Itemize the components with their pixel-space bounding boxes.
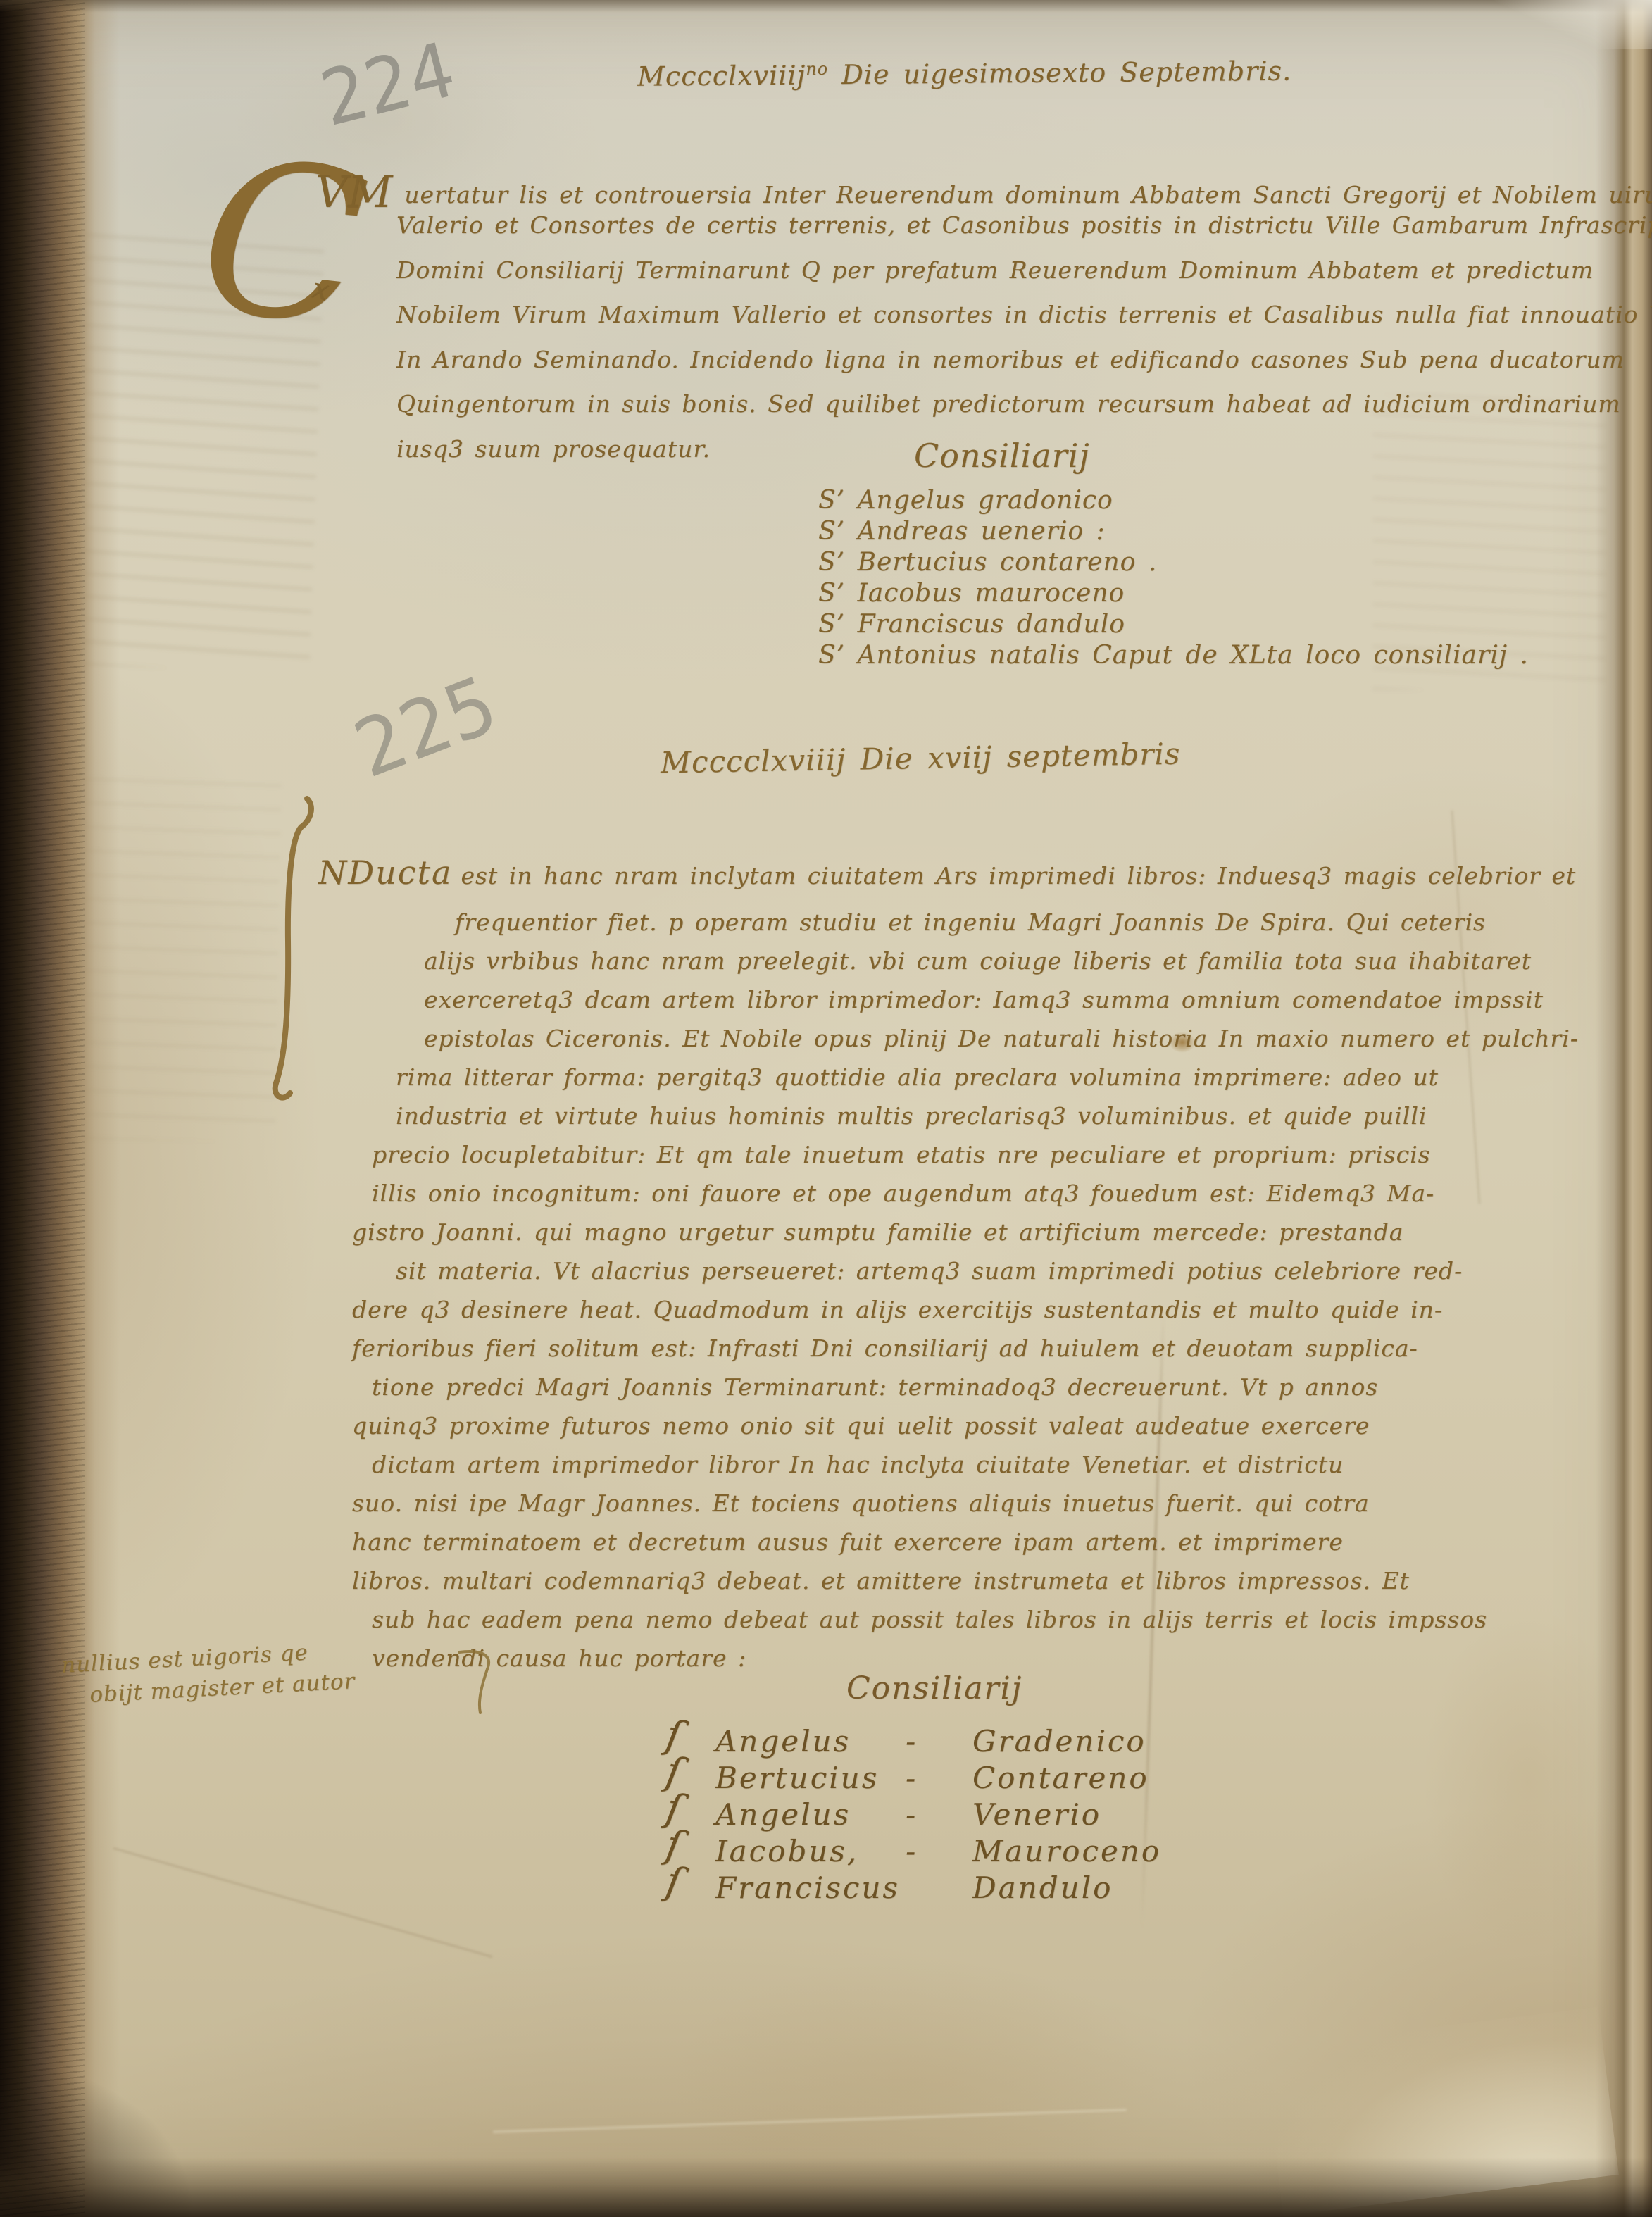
text-line: Nobilem Virum Maximum Vallerio et consor…	[396, 301, 1652, 346]
text-line: sub hac eadem pena nemo debeat aut possi…	[372, 1606, 1579, 1644]
entry2-date-year: Mcccclxviiij	[661, 742, 846, 780]
entry2-lead-word: NDucta	[318, 854, 452, 892]
manuscript-photo: 224 225 Mcccclxviiijno Die uigesimosexto…	[0, 0, 1652, 2217]
text-line: Quingentorum in suis bonis. Sed quilibet…	[396, 390, 1652, 435]
name-dash: -	[906, 1834, 972, 1868]
text-line: libros. multari codemnariq3 debeat. et a…	[352, 1567, 1579, 1606]
entry1-first-line-text: uertatur lis et controuersia Inter Reuer…	[404, 181, 1652, 208]
text-line: quinq3 proxime futuros nemo onio sit qui…	[352, 1412, 1579, 1451]
entry2-date-heading: Mcccclxviiij Die xviij septembris	[661, 737, 1181, 780]
parchment-page: 224 225 Mcccclxviiijno Die uigesimosexto…	[0, 0, 1652, 2217]
margin-note: nullius est uigoris qe obijt magister et…	[61, 1637, 356, 1709]
entry1-date-rest: Die uigesimosexto Septembris.	[841, 56, 1291, 91]
text-line: alijs vrbibus hanc nram preelegit. vbi c…	[424, 947, 1579, 986]
consiliarius-name: S’ Antonius natalis Caput de XLta loco c…	[818, 641, 1529, 672]
entry1-initial-follow: VM	[315, 166, 393, 218]
text-line: tione predci Magri Joannis Terminarunt: …	[372, 1373, 1579, 1412]
consiliarius-name: S’ Andreas uenerio :	[818, 517, 1529, 548]
parchment-stain	[669, 1958, 1162, 2211]
entry2-first-line-text: est in hanc nram inclytam ciuitatem Ars …	[461, 862, 1576, 889]
text-line: hanc terminatoem et decretum ausus fuit …	[352, 1528, 1579, 1567]
entry1-date-superscript: no	[806, 59, 828, 79]
verso-showthrough	[63, 773, 281, 1142]
text-line: illis onio incognitum: oni fauore et ope…	[372, 1180, 1579, 1218]
consiliarius-row: ſ Iacobus, - Mauroceno	[666, 1834, 1161, 1871]
consiliarius-forename: Angelus	[715, 1797, 906, 1832]
consiliarius-name: S’ Franciscus dandulo	[818, 610, 1529, 641]
folio-number-225: 225	[343, 659, 509, 796]
consiliarius-row: ſ Bertucius - Contareno	[666, 1761, 1161, 1797]
illuminated-initial-C: C	[192, 130, 375, 357]
entry1-first-line: VMuertatur lis et controuersia Inter Reu…	[315, 166, 1652, 218]
entry2-consiliarii-list: ſ Angelus - Gradenico ſ Bertucius - Cont…	[666, 1724, 1161, 1907]
text-line: suo. nisi ipe Magr Joannes. Et tociens q…	[352, 1490, 1579, 1528]
consiliarius-name: S’ Angelus gradonico	[818, 486, 1529, 517]
consiliarius-forename: Angelus	[715, 1724, 906, 1759]
consiliarius-name: S’ Bertucius contareno .	[818, 548, 1529, 579]
text-line: ferioribus fieri solitum est: Infrasti D…	[352, 1335, 1579, 1373]
consiliarius-forename: Franciscus	[715, 1871, 906, 1905]
text-line: Valerio et Consortes de certis terrenis,…	[396, 211, 1652, 256]
consiliarius-surname: Venerio	[972, 1797, 1101, 1832]
entry1-date-heading: Mcccclxviiijno Die uigesimosexto Septemb…	[637, 55, 1291, 92]
entry2-date-rest: Die xviij septembris	[860, 737, 1181, 777]
text-line: precio locupletabitur: Et qm tale inuetu…	[372, 1141, 1579, 1180]
consiliarius-name: S’ Iacobus mauroceno	[818, 579, 1529, 610]
entry1-consiliarii-heading: Consiliarij	[914, 437, 1090, 475]
parchment-crease	[493, 2109, 1127, 2132]
name-dash: -	[906, 1761, 972, 1795]
signum-mark: ſ	[664, 1866, 718, 1904]
text-line: dictam artem imprimedor libror In hac in…	[372, 1451, 1579, 1490]
consiliarius-forename: Iacobus,	[715, 1834, 906, 1868]
name-dash: -	[906, 1797, 972, 1832]
text-line: gistro Joanni. qui magno urgetur sumptu …	[352, 1218, 1579, 1257]
text-line: epistolas Ciceronis. Et Nobile opus plin…	[424, 1025, 1579, 1063]
text-line: sit materia. Vt alacrius perseueret: art…	[396, 1257, 1579, 1296]
consiliarius-surname: Gradenico	[972, 1724, 1146, 1759]
entry1-date-year: Mcccclxviiij	[637, 60, 806, 92]
consiliarius-forename: Bertucius	[715, 1761, 906, 1795]
entry2-consiliarii-heading: Consiliarij	[846, 1670, 1022, 1706]
margin-note-flourish	[456, 1648, 499, 1718]
consiliarius-row: ſ Angelus - Gradenico	[666, 1724, 1161, 1761]
entry2-first-line: NDuctaest in hanc nram inclytam ciuitate…	[318, 854, 1576, 892]
text-line: dere q3 desinere heat. Quadmodum in alij…	[352, 1296, 1579, 1335]
text-line: exerceretq3 dcam artem libror imprimedor…	[424, 986, 1579, 1025]
entry2-paragraph: frequentior fiet. p operam studiu et ing…	[352, 908, 1579, 1683]
consiliarius-surname: Contareno	[972, 1761, 1149, 1795]
consiliarius-row: ſ Angelus - Venerio	[666, 1797, 1161, 1834]
consiliarius-row: ſ Franciscus Dandulo	[666, 1871, 1161, 1907]
consiliarius-surname: Dandulo	[972, 1871, 1113, 1905]
consiliarius-surname: Mauroceno	[972, 1834, 1161, 1868]
parchment-crease	[113, 1847, 492, 1958]
name-dash: -	[906, 1724, 972, 1759]
text-line: rima litterar forma: pergitq3 quottidie …	[396, 1063, 1579, 1102]
text-line: frequentior fiet. p operam studiu et ing…	[455, 908, 1579, 947]
entry1-consiliarii-list: S’ Angelus gradonico S’ Andreas uenerio …	[818, 486, 1529, 672]
text-line: In Arando Seminando. Incidendo ligna in …	[396, 346, 1652, 391]
text-line: Domini Consiliarij Terminarunt Q per pre…	[396, 256, 1652, 301]
text-line: industria et virtute huius hominis multi…	[396, 1102, 1579, 1141]
initial-J-flourish	[266, 793, 330, 1117]
